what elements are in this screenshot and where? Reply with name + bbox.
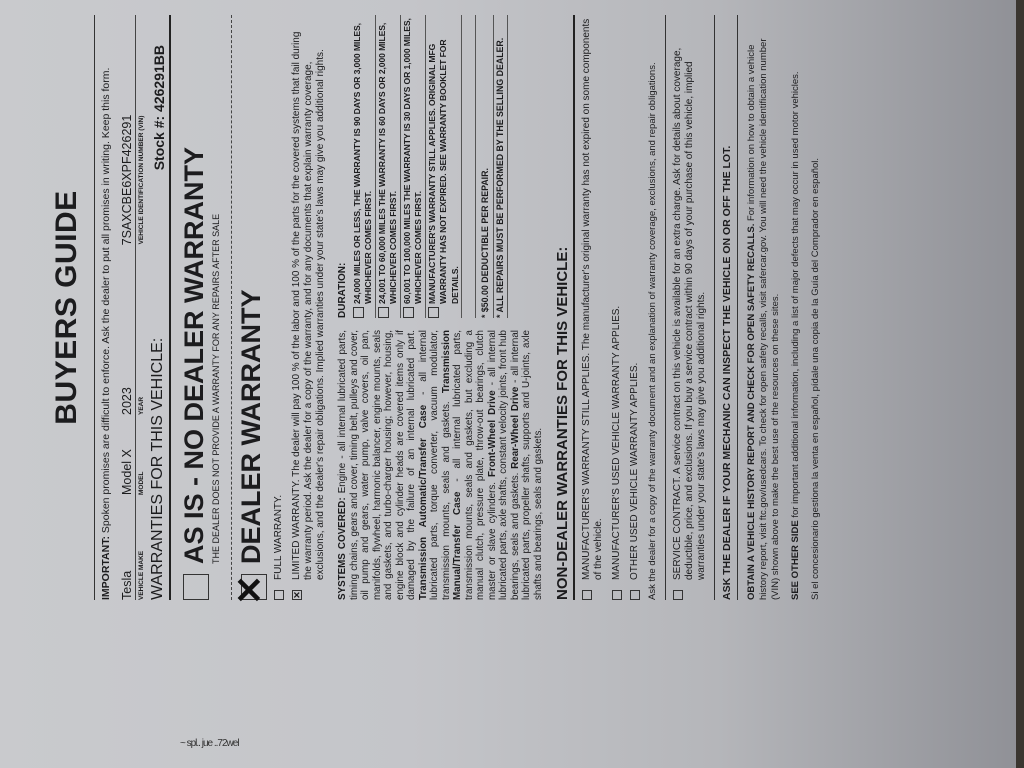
duration-checkbox[interactable]: [403, 307, 414, 318]
blank-line: [463, 15, 476, 318]
as-is-checkbox[interactable]: [183, 574, 209, 600]
duration-checkbox[interactable]: [353, 307, 364, 318]
important-notice: IMPORTANT: Spoken promises are difficult…: [94, 15, 112, 600]
as-is-section: AS IS - NO DEALER WARRANTY THE DEALER DO…: [179, 15, 221, 600]
non-dealer-checkbox[interactable]: [612, 590, 622, 600]
dealer-warranty-heading: DEALER WARRANTY: [236, 290, 267, 565]
vehicle-info-row: Tesla VEHICLE MAKE Model X MODEL 2023 YE…: [120, 15, 145, 600]
dealer-warranty-section: ✕ DEALER WARRANTY: [236, 15, 267, 600]
dealer-warranty-checkbox[interactable]: ✕: [241, 574, 267, 600]
vehicle-model-field: Model X MODEL: [120, 415, 145, 495]
ask-copy-note: Ask the dealer for a copy of the warrant…: [647, 15, 659, 600]
non-dealer-checkbox[interactable]: [630, 590, 640, 600]
warranties-heading-row: WARRANTIES FOR THIS VEHICLE: Stock #: 42…: [149, 15, 171, 600]
duration-option: 24,000 MILES OR LESS, THE WARRANTY IS 90…: [352, 15, 376, 318]
vehicle-vin-field: 7SAXCBE6XPF426291 VEHICLE IDENTIFICATION…: [120, 15, 145, 345]
x-check-icon: ✕: [232, 575, 268, 605]
systems-covered: SYSTEMS COVERED: Engine - all internal l…: [337, 330, 544, 600]
handwritten-mark: ~ spl.. jue ..72wel: [180, 738, 239, 749]
full-warranty-checkbox[interactable]: [274, 590, 284, 600]
duration-option: MANUFACTURER'S WARRANTY STILL APPLIES. O…: [427, 15, 463, 318]
coverage-columns: SYSTEMS COVERED: Engine - all internal l…: [337, 15, 544, 600]
limited-warranty-option: ✕ LIMITED WARRANTY. The dealer will pay …: [291, 15, 327, 600]
vehicle-make-field: Tesla VEHICLE MAKE: [120, 495, 145, 600]
as-is-heading: AS IS - NO DEALER WARRANTY: [179, 147, 209, 564]
document-title: BUYERS GUIDE: [50, 15, 84, 600]
other-side-notice: SEE OTHER SIDE for important additional …: [790, 15, 802, 600]
full-warranty-option: FULL WARRANTY.: [273, 15, 285, 600]
stock-number: Stock #: 426291BB: [151, 45, 167, 170]
vehicle-year-field: 2023 YEAR: [120, 345, 145, 415]
duration-option: 60,001 TO 100,000 MILES THE WARRANTY IS …: [402, 15, 426, 318]
duration-checkbox[interactable]: [378, 307, 389, 318]
service-contract-option: SERVICE CONTRACT. A service contract on …: [672, 15, 708, 600]
divider: [665, 15, 666, 600]
service-contract-checkbox[interactable]: [673, 590, 683, 600]
history-report-notice: OBTAIN A VEHICLE HISTORY REPORT AND CHEC…: [746, 15, 782, 600]
mechanic-notice: ASK THE DEALER IF YOUR MECHANIC CAN INSP…: [721, 15, 738, 600]
buyers-guide-page: ~ spl.. jue ..72wel BUYERS GUIDE IMPORTA…: [0, 0, 1024, 768]
duration-checkbox[interactable]: [428, 307, 439, 318]
systems-covered-text: Engine - all internal lubricated parts, …: [337, 330, 544, 600]
important-text: Spoken promises are difficult to enforce…: [100, 68, 112, 534]
non-dealer-heading: NON-DEALER WARRANTIES FOR THIS VEHICLE:: [554, 15, 575, 600]
non-dealer-checkbox[interactable]: [582, 590, 592, 600]
duration-bullet: * ALL REPAIRS MUST BE PERFORMED BY THE S…: [494, 15, 509, 318]
spanish-notice: Si el concesionario gestiona la venta en…: [810, 15, 822, 600]
non-dealer-option: OTHER USED VEHICLE WARRANTY APPLIES.: [629, 15, 641, 600]
warranties-heading: WARRANTIES FOR THIS VEHICLE:: [149, 338, 167, 600]
duration-option: 24,001 TO 60,000 MILES THE WARRANTY IS 6…: [377, 15, 401, 318]
as-is-subtext: THE DEALER DOES NOT PROVIDE A WARRANTY F…: [211, 147, 221, 564]
limited-warranty-checkbox[interactable]: ✕: [292, 590, 302, 600]
non-dealer-option: MANUFACTURER'S WARRANTY STILL APPLIES. T…: [581, 15, 605, 600]
dotted-divider: [231, 15, 232, 600]
non-dealer-option: MANUFACTURER'S USED VEHICLE WARRANTY APP…: [611, 15, 623, 600]
duration-section: DURATION: 24,000 MILES OR LESS, THE WARR…: [337, 15, 544, 318]
important-label: IMPORTANT:: [100, 536, 112, 600]
divider: [714, 15, 715, 600]
duration-bullet: * $50.00 DEDUCTIBLE PER REPAIR.: [479, 15, 494, 318]
